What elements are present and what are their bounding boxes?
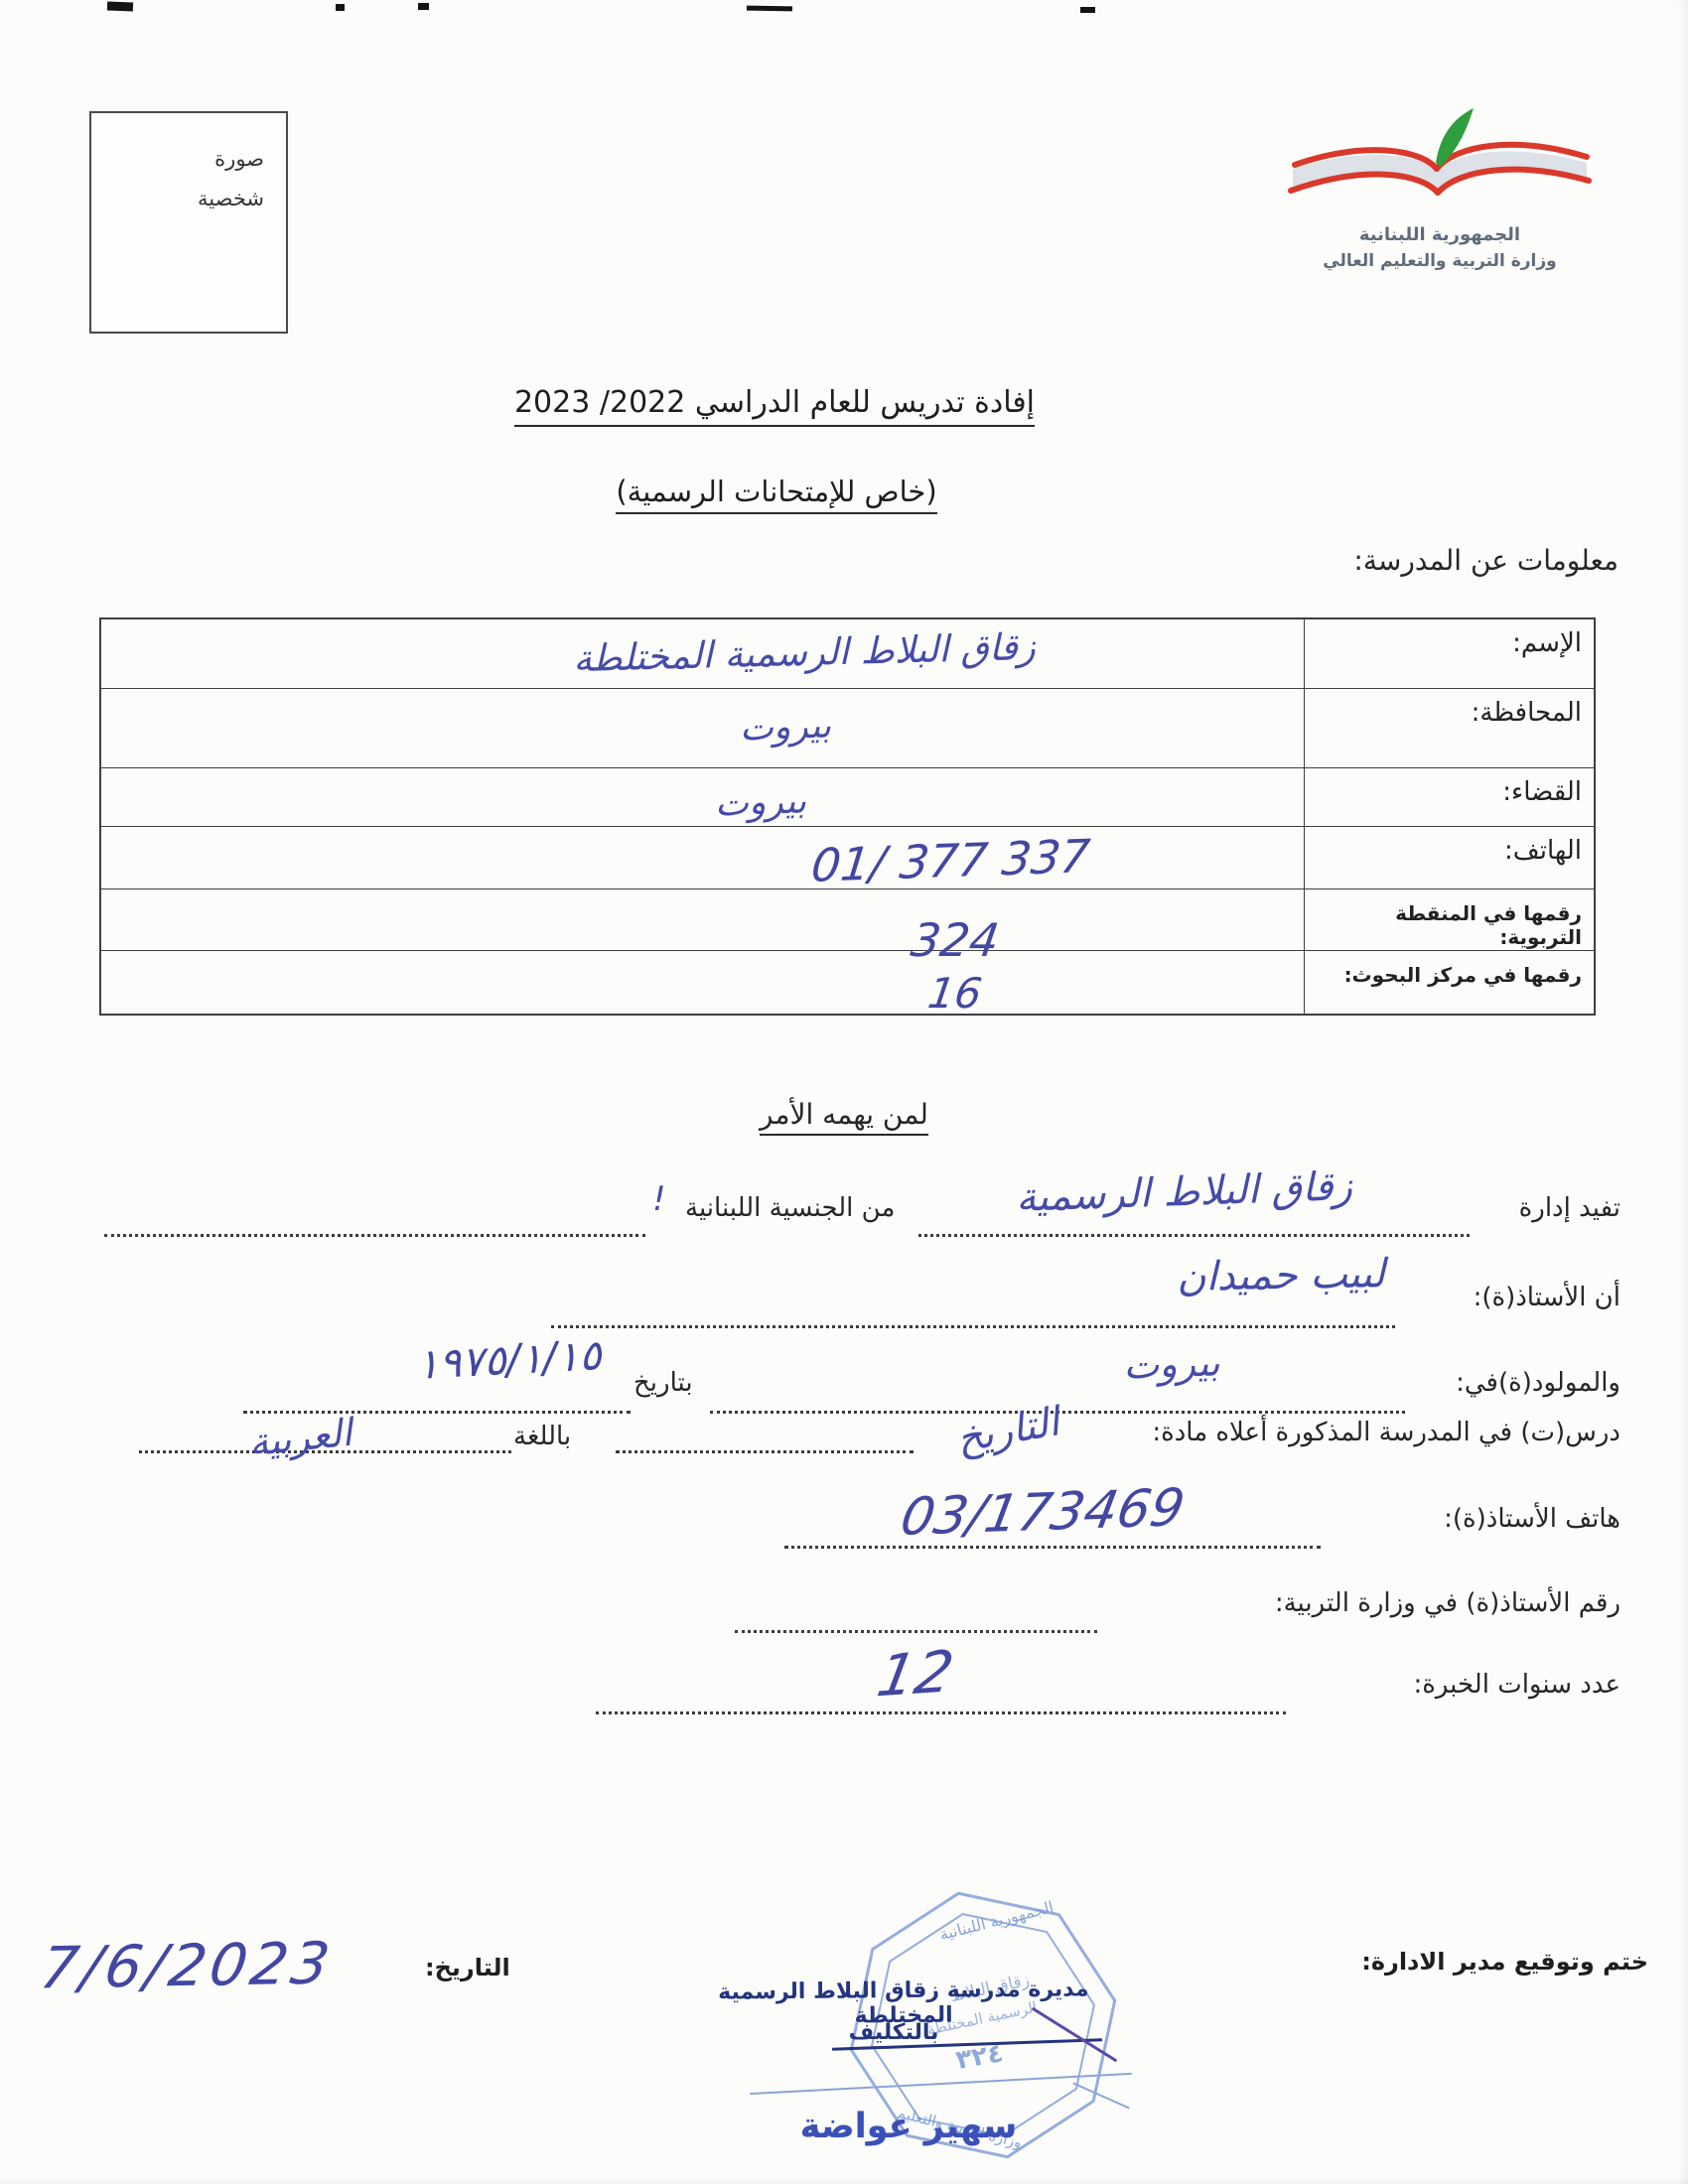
ministry-name-line2: وزارة التربية والتعليم العالي: [1259, 251, 1620, 271]
nationality-text: من الجنسية اللبنانية: [685, 1193, 895, 1223]
principal-signature-name: سهير عواضة: [774, 2107, 1043, 2146]
scanned-document-page: صورة شخصية الجمهورية اللبنانية وزارة الت…: [0, 0, 1688, 2184]
handwriting-governorate: بيروت: [739, 705, 831, 749]
handwriting-research-number: 16: [925, 969, 985, 1018]
row-label-region-number: رقمها في المنقطة التربوية:: [1304, 889, 1594, 950]
row-label-name: الإسم:: [1304, 619, 1594, 688]
handwriting-birth-place: بيروت: [1052, 1338, 1291, 1390]
scan-artifact: [107, 2, 133, 12]
row-value-governorate: [101, 689, 1304, 767]
row-value-phone: [101, 827, 1304, 888]
open-book-cedar-icon: [1271, 107, 1609, 218]
stamp-title-line2: بالتكليف: [784, 2020, 1003, 2045]
dotted-line: [243, 1410, 631, 1414]
row-value-region-number: [101, 889, 1304, 950]
photo-box-label: صورة شخصية: [198, 139, 264, 218]
document-subtitle: (خاص للإمتحانات الرسمية): [0, 475, 1553, 508]
handwriting-birth-date: ١٩٧٥/١/١٥: [381, 1328, 636, 1390]
language-label: باللغة: [513, 1422, 571, 1451]
stamp-signature-label: ختم وتوقيع مدير الادارة:: [1361, 1948, 1648, 1976]
photo-box: صورة شخصية: [89, 111, 288, 334]
table-row: القضاء:: [101, 767, 1594, 826]
experience-label: عدد سنوات الخبرة:: [1413, 1670, 1620, 1700]
dotted-line: [616, 1449, 914, 1453]
teacher-phone-label: هاتف الأستاذ(ة):: [1444, 1504, 1620, 1534]
handwriting-district: بيروت: [714, 780, 806, 824]
handwriting-date: 7/6/2023: [36, 1929, 338, 2001]
row-label-phone: الهاتف:: [1304, 827, 1594, 888]
handwriting-certify-school: زقاق البلاط الرسمية: [913, 1160, 1455, 1225]
row-label-governorate: المحافظة:: [1304, 689, 1594, 767]
handwriting-language: العربية: [182, 1404, 418, 1471]
row-label-district: القضاء:: [1304, 768, 1594, 826]
school-info-heading: معلومات عن المدرسة:: [1353, 544, 1618, 577]
table-row: المحافظة:: [101, 688, 1594, 767]
dotted-line: [104, 1233, 645, 1237]
dotted-line: [918, 1233, 1470, 1237]
scan-artifact: [418, 3, 429, 10]
document-title: إفادة تدريس للعام الدراسي 2022/ 2023: [0, 385, 1549, 420]
handwriting-phone: 01/ 377 337: [809, 829, 1093, 892]
school-info-table: الإسم: المحافظة: القضاء: الهاتف: رقمها ف…: [99, 617, 1596, 1016]
handwriting-ink-mark: !: [652, 1179, 666, 1219]
row-value-research-number: [101, 951, 1304, 1014]
scan-artifact: [1080, 7, 1095, 13]
ministry-logo: الجمهورية اللبنانية وزارة التربية والتعل…: [1259, 107, 1620, 271]
handwriting-region-number: 324: [908, 913, 1002, 967]
row-value-district: [101, 768, 1304, 826]
birth-date-label: بتاريخ: [633, 1368, 693, 1398]
seal-top-text: الجمهورية اللبنانية: [937, 1897, 1055, 1945]
date-label: التاريخ:: [425, 1954, 510, 1981]
taught-label: درس(ت) في المدرسة المذكورة أعلاه مادة:: [1152, 1418, 1620, 1447]
certify-prefix: تفيد إدارة: [1519, 1193, 1620, 1223]
dotted-line: [596, 1710, 1286, 1714]
dotted-line: [551, 1324, 1395, 1328]
handwriting-teacher-name: لبيب حميدان: [1132, 1250, 1431, 1300]
table-row: رقمها في المنقطة التربوية:: [101, 888, 1594, 950]
teacher-label: أن الأستاذ(ة):: [1474, 1283, 1620, 1312]
to-whom-it-may-concern-heading: لمن يهمه الأمر: [0, 1098, 1688, 1131]
handwriting-experience-years: 12: [872, 1638, 958, 1710]
dotted-line: [735, 1629, 1097, 1633]
handwriting-subject: التاريخ: [915, 1393, 1099, 1469]
scan-artifact: [747, 6, 792, 12]
birth-label: والمولود(ة)في:: [1456, 1368, 1620, 1398]
table-row: رقمها في مركز البحوث:: [101, 950, 1594, 1014]
ministry-name-line1: الجمهورية اللبنانية: [1259, 224, 1620, 245]
scan-artifact: [336, 4, 345, 11]
row-label-research-number: رقمها في مركز البحوث:: [1304, 951, 1594, 1014]
handwriting-teacher-phone: 03/173469: [827, 1476, 1258, 1551]
ministry-number-label: رقم الأستاذ(ة) في وزارة التربية:: [1275, 1588, 1620, 1618]
